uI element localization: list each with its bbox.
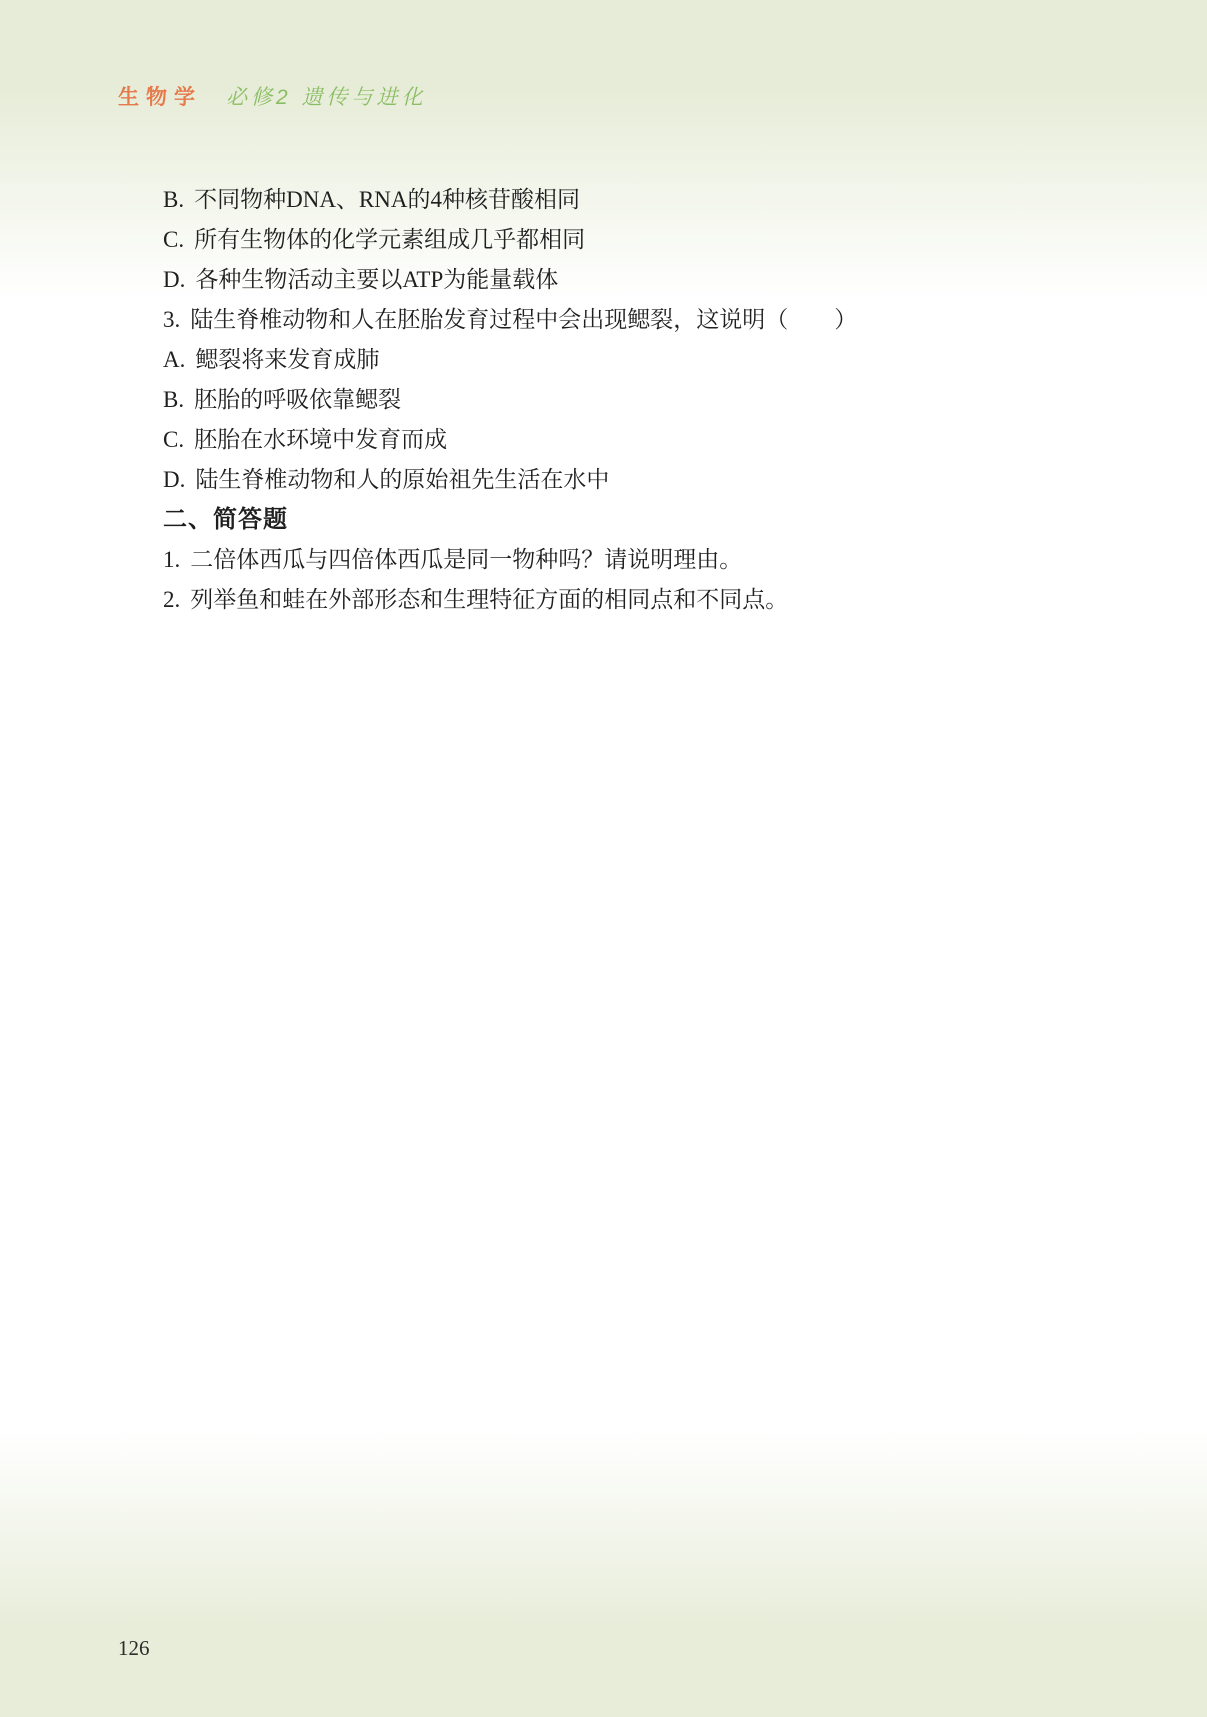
question-text: 列举鱼和蛙在外部形态和生理特征方面的相同点和不同点。 [190, 587, 788, 612]
question-line: 2.列举鱼和蛙在外部形态和生理特征方面的相同点和不同点。 [163, 580, 1093, 620]
option-label: B. [163, 180, 184, 220]
option-label: D. [163, 260, 185, 300]
option-line: C.胚胎在水环境中发育而成 [163, 420, 1093, 460]
option-line: C.所有生物体的化学元素组成几乎都相同 [163, 220, 1093, 260]
option-text: 各种生物活动主要以ATP为能量载体 [195, 267, 558, 292]
option-label: D. [163, 460, 185, 500]
option-text: 陆生脊椎动物和人的原始祖先生活在水中 [195, 467, 609, 492]
textbook-page: 生物学必修2 遗传与进化 B.不同物种DNA、RNA的4种核苷酸相同 C.所有生… [0, 0, 1207, 1717]
option-label: C. [163, 220, 184, 260]
option-text: 所有生物体的化学元素组成几乎都相同 [194, 227, 585, 252]
option-text: 鳃裂将来发育成肺 [195, 347, 379, 372]
option-text: 不同物种DNA、RNA的4种核苷酸相同 [194, 187, 580, 212]
question-number: 3. [163, 300, 180, 340]
page-number: 126 [118, 1636, 150, 1661]
page-header: 生物学必修2 遗传与进化 [118, 86, 427, 110]
section-title: 二、简答题 [163, 500, 1093, 540]
exercise-content: B.不同物种DNA、RNA的4种核苷酸相同 C.所有生物体的化学元素组成几乎都相… [163, 180, 1093, 620]
question-text: 二倍体西瓜与四倍体西瓜是同一物种吗？请说明理由。 [190, 547, 742, 572]
question-line: 3.陆生脊椎动物和人在胚胎发育过程中会出现鳃裂，这说明（ ） [163, 300, 1093, 340]
question-line: 1.二倍体西瓜与四倍体西瓜是同一物种吗？请说明理由。 [163, 540, 1093, 580]
option-text: 胚胎的呼吸依靠鳃裂 [194, 387, 401, 412]
question-number: 2. [163, 580, 180, 620]
option-line: D.陆生脊椎动物和人的原始祖先生活在水中 [163, 460, 1093, 500]
subject-label: 生物学 [118, 86, 202, 109]
module-label: 必修2 遗传与进化 [226, 86, 427, 109]
option-label: C. [163, 420, 184, 460]
option-line: B.胚胎的呼吸依靠鳃裂 [163, 380, 1093, 420]
question-number: 1. [163, 540, 180, 580]
option-label: B. [163, 380, 184, 420]
question-text: 陆生脊椎动物和人在胚胎发育过程中会出现鳃裂，这说明（ ） [190, 307, 857, 332]
option-line: A.鳃裂将来发育成肺 [163, 340, 1093, 380]
option-label: A. [163, 340, 185, 380]
option-line: D.各种生物活动主要以ATP为能量载体 [163, 260, 1093, 300]
option-line: B.不同物种DNA、RNA的4种核苷酸相同 [163, 180, 1093, 220]
section-title-text: 二、简答题 [163, 506, 288, 533]
option-text: 胚胎在水环境中发育而成 [194, 427, 447, 452]
